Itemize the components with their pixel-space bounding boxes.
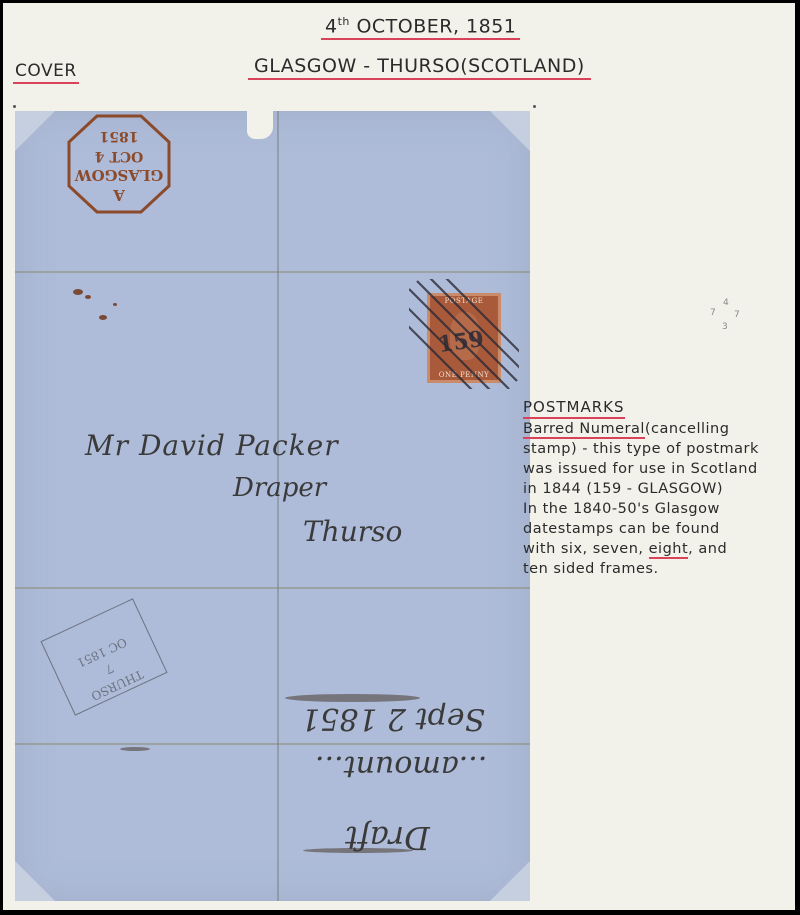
mount-corner [15, 861, 55, 901]
docket-draft-inverted: Draft [345, 819, 430, 857]
mount-dot [533, 105, 536, 108]
mount-dot [13, 105, 16, 108]
notes-subheading: Barred Numeral [523, 421, 645, 439]
postmark-notes: POSTMARKS Barred Numeral(cancelling stam… [523, 397, 793, 579]
fold-line [15, 587, 530, 589]
datestamp-town: GLASGOW [67, 166, 171, 184]
date-month-year: OCTOBER, 1851 [356, 15, 516, 37]
mount-corner [490, 111, 530, 151]
date-day: 4 [325, 15, 338, 37]
notes-line: ten sided frames. [523, 559, 793, 579]
glasgow-octagonal-datestamp: A GLASGOW OCT 4 1851 [67, 114, 171, 214]
highlighted-eight: eight [649, 541, 689, 559]
datestamp-letter: A [67, 186, 171, 204]
notes-line: datestamps can be found [523, 519, 793, 539]
paper-tear [247, 109, 273, 139]
pencil-notations: 4 7 7 3 [708, 298, 748, 338]
mount-corner [15, 111, 55, 151]
ink-smudge [120, 747, 150, 751]
datestamp-year: 1851 [67, 128, 171, 144]
fold-line [277, 111, 279, 901]
route-title: GLASGOW - THURSO(SCOTLAND) [248, 55, 591, 80]
stamp-top-text: POSTAGE [430, 297, 498, 305]
thurso-receiving-stamp: THURSO 7 OC 1851 [40, 598, 167, 715]
notes-line: was issued for use in Scotland [523, 459, 793, 479]
datestamp-date: OCT 4 [67, 148, 171, 164]
address-town: Thurso [303, 515, 402, 548]
offset-cancel-marks [55, 281, 125, 341]
fold-line [15, 743, 530, 745]
cover-label: COVER [13, 61, 79, 84]
docket-amount-inverted: ...amount... [315, 749, 487, 784]
album-page: 4th OCTOBER, 1851 GLASGOW - THURSO(SCOTL… [3, 3, 795, 910]
docket-date-inverted: Sept 2 1851 [301, 701, 485, 736]
fold-line [15, 271, 530, 273]
date-suffix: th [338, 15, 350, 28]
notes-line: with six, seven, eight, and [523, 539, 793, 559]
address-occupation: Draper [233, 473, 326, 503]
notes-line: In the 1840-50's Glasgow [523, 499, 793, 519]
entire-letter-cover: A GLASGOW OCT 4 1851 POSTAGE ONE PENNY [15, 111, 530, 901]
notes-heading: POSTMARKS [523, 397, 625, 419]
notes-line: stamp) - this type of postmark [523, 439, 793, 459]
page-date-title: 4th OCTOBER, 1851 [321, 15, 520, 40]
stamp-value-text: ONE PENNY [430, 371, 498, 379]
address-name: Mr David Packer [85, 429, 339, 462]
notes-line: in 1844 (159 - GLASGOW) [523, 479, 793, 499]
mount-corner [490, 861, 530, 901]
